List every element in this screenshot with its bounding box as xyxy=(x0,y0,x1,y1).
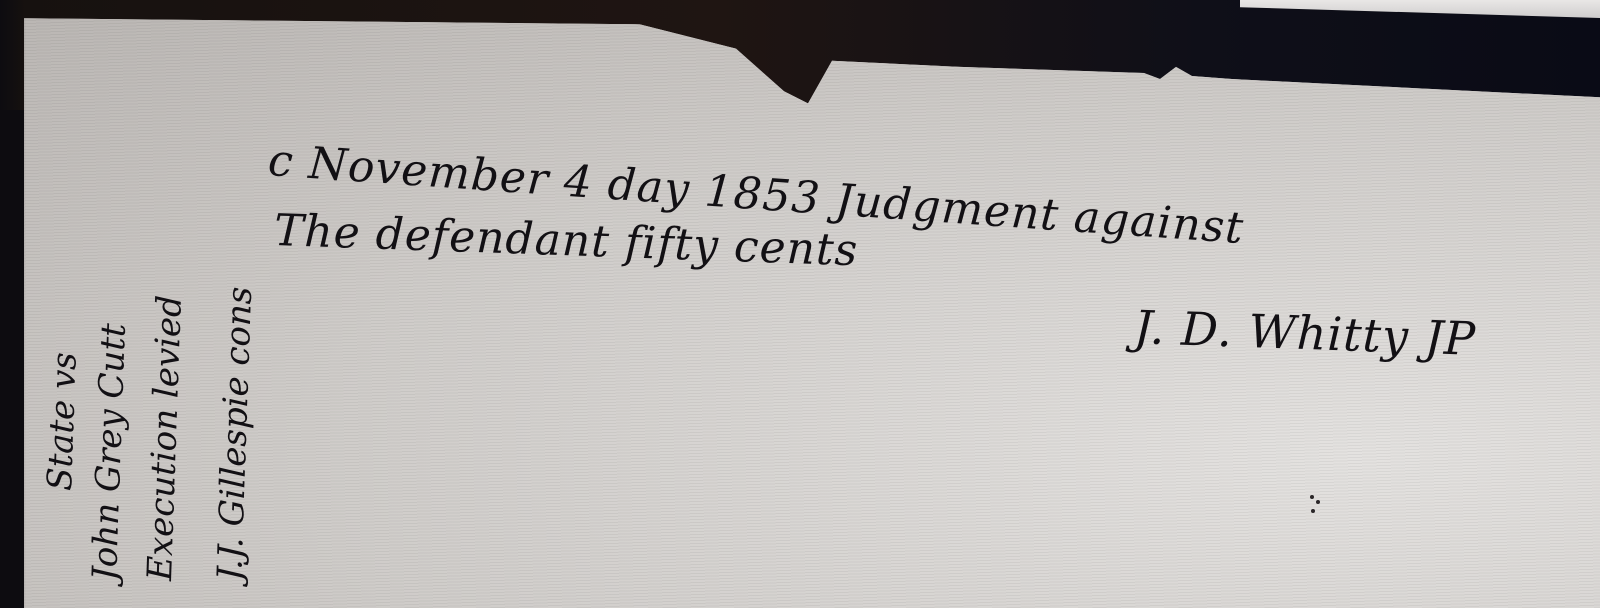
margin-docket-line: John Grey Cutt xyxy=(85,323,134,582)
ink-specks xyxy=(1310,495,1322,515)
ink-speck xyxy=(1311,509,1315,513)
ink-speck xyxy=(1310,495,1314,499)
margin-docket-line: State vs xyxy=(40,352,85,492)
margin-docket-line: J.J. Gillespie cons xyxy=(210,286,260,581)
ink-speck xyxy=(1316,500,1320,504)
margin-docket-line: Execution levied xyxy=(140,294,190,581)
margin-docket: State vs John Grey Cutt Execution levied… xyxy=(20,20,260,590)
